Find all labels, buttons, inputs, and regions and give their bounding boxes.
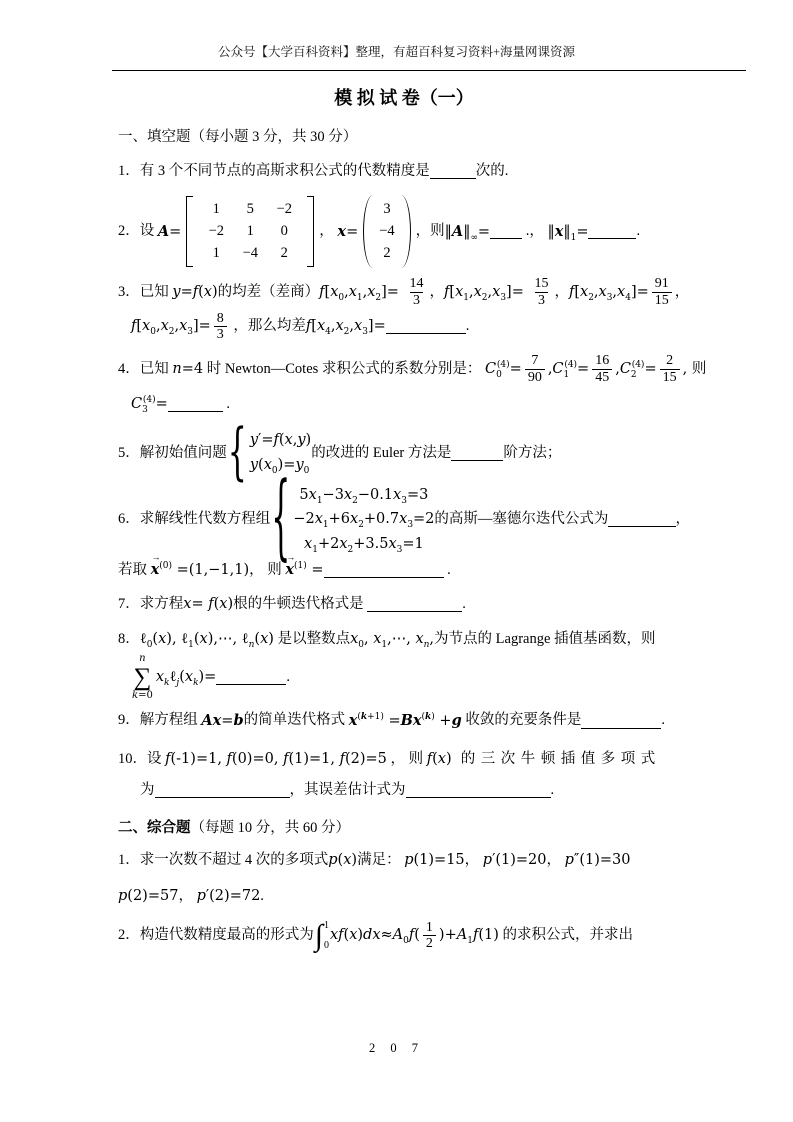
blank-line xyxy=(155,783,290,798)
c2-end: 的求积公式，并求出 xyxy=(499,926,633,946)
q2-math-x: x= xyxy=(337,222,358,243)
system-row: y′=f(x,y) xyxy=(250,431,311,451)
question-8-line-2: n ∑ k=0 xkℓj(xk)= . xyxy=(118,654,690,701)
system-rows: 5x1−3x2−0.1x3=3 −2x1+6x2+0.7x3=2 x1+2x2+… xyxy=(293,486,434,555)
q3-text: 3．已知 xyxy=(118,283,172,303)
q2-norm-x: ‖x‖1= xyxy=(547,222,588,243)
c2-text: 2．构造代数精度最高的形式为 xyxy=(118,926,314,946)
q10-text-4: 为 xyxy=(140,781,155,801)
integral-limits: 1 0 xyxy=(324,919,329,952)
fraction: 215 xyxy=(660,353,680,385)
blank-line xyxy=(386,320,466,335)
q9-text-3: 收敛的充要条件是 xyxy=(462,711,582,731)
matrix-cell: −2 xyxy=(267,200,301,219)
q4-math-n4: n=4 xyxy=(172,360,203,380)
q6-x0-value: (0) =(1,−1,1) xyxy=(159,561,249,581)
vector-cell: 2 xyxy=(379,244,394,263)
q8-sum-expr: xkℓj(xk)= xyxy=(156,668,217,688)
q3-divdiff-3: f[x2,x3,x4]= xyxy=(569,283,649,303)
q2-end: . xyxy=(636,222,640,242)
question-4-line-2: C3(4)= . xyxy=(118,389,690,419)
q1-text-2: 次的. xyxy=(476,162,509,182)
vector-x0: →x xyxy=(151,560,160,581)
question-2: 2．设 A= 15−2 −210 1−42 ， x= 3 −4 2 xyxy=(118,195,690,268)
system-brace: { xyxy=(228,423,247,485)
c1-end: . xyxy=(260,887,264,907)
blank-line xyxy=(490,225,522,240)
q9-iteration-eq: x(k+1) =Bx(k) +g xyxy=(349,711,462,732)
fraction: 790 xyxy=(525,353,545,385)
q10-text: 10．设 xyxy=(118,750,165,770)
q3-sep-3: ， xyxy=(675,283,690,303)
c2-integrand: xf(x)dx≈A0f( xyxy=(330,926,420,946)
q1-text: 1．有 3 个不同节点的高斯求积公式的代数精度是 xyxy=(118,162,430,182)
matrix-left-bracket xyxy=(186,196,193,267)
s2-question-1-line-1: 1．求一次数不超过 4 次的多项式p(x)满足： p(1)=15， p′(1)=… xyxy=(118,851,690,871)
sigma: ∑ xyxy=(133,665,151,690)
q7-end: . xyxy=(462,595,466,615)
integral-upper: 1 xyxy=(324,919,329,933)
q3-text-3: ，那么均差 xyxy=(230,317,306,337)
matrix-cell: −2 xyxy=(199,222,233,241)
header-rule xyxy=(112,70,746,71)
matrix-cell: 2 xyxy=(267,244,301,263)
integral-lower: 0 xyxy=(324,939,329,953)
q4-end: . xyxy=(223,395,230,415)
c2-quad-terms: )+A1f(1) xyxy=(439,926,499,946)
q8-basis-functions: ℓ0(x), ℓ1(x),⋯, ℓn(x) xyxy=(140,630,274,650)
q9-system-eq: Ax=b xyxy=(201,711,243,732)
q5-text-2: 的改进的 Euler 方法是 xyxy=(311,444,451,464)
q10-text-2: ， 则 xyxy=(387,750,427,770)
q2-text-2: ，则 xyxy=(416,222,445,242)
integral-symbol: ∫ 1 0 xyxy=(315,919,329,952)
q6-text-3: 若取 xyxy=(118,561,151,581)
q6-x1-eq: (1) = xyxy=(294,561,324,581)
q7-text-2: 根的牛顿迭代格式是 xyxy=(233,595,367,615)
exam-page: 公众号【大学百科资料】整理，有超百科复习资料+海量网课资源 模 拟 试 卷（一）… xyxy=(0,0,793,1122)
blank-line xyxy=(324,563,444,578)
question-9: 9．解方程组 Ax=b的简单迭代格式 x(k+1) =Bx(k) +g 收敛的充… xyxy=(118,711,690,732)
vector-x1: →x xyxy=(285,560,294,581)
section-2-note: （每题 10 分，共 60 分） xyxy=(191,819,351,839)
doc-title: 模 拟 试 卷（一） xyxy=(118,86,690,110)
vector-right-paren xyxy=(401,195,411,268)
fraction: 9115 xyxy=(652,276,672,308)
c1-px: p(x) xyxy=(328,851,357,871)
c1-text-2: 满足： xyxy=(357,851,404,871)
blank-line xyxy=(367,597,462,612)
q6-comma: ， xyxy=(676,510,691,530)
q2-comma: ， xyxy=(319,222,337,242)
q4-text-2: 时 Newton—Cotes 求积公式的系数分别是： xyxy=(203,360,485,380)
section-2-heading: 二、综合题（每题 10 分，共 60 分） xyxy=(118,819,690,839)
vector-arrow: → xyxy=(286,553,295,562)
q6-end: . xyxy=(444,561,451,581)
sum-upper-limit: n xyxy=(139,654,145,664)
fraction: 12 xyxy=(423,920,436,952)
fraction: 143 xyxy=(407,276,427,308)
question-3-line-2: f[x0,x2,x3]= 83 ，那么均差f[x4,x2,x3]= . xyxy=(118,311,690,343)
q2-text: 2．设 xyxy=(118,222,158,242)
question-4-line-1: 4．已知 n=4 时 Newton—Cotes 求积公式的系数分别是： C0(4… xyxy=(118,353,690,385)
q4-coef-2: C2(4)= xyxy=(620,360,657,380)
question-10-line-2: 为 ，其误差估计式为 . xyxy=(118,781,690,801)
q9-end: . xyxy=(661,711,665,731)
c1-cond-1: p(1)=15 xyxy=(404,851,464,871)
q6-text-2: 的高斯—塞德尔迭代公式为 xyxy=(434,510,608,530)
matrix-A: 15−2 −210 1−42 xyxy=(186,196,314,267)
question-7: 7．求方程x= f(x)根的牛顿迭代格式是 . xyxy=(118,595,690,615)
c1-cond-5: p′(2)=72 xyxy=(197,887,261,907)
q3-sep-2: ， xyxy=(554,283,569,303)
integral-glyph: ∫ xyxy=(315,922,323,951)
vector-x: 3 −4 2 xyxy=(363,195,410,268)
c1-cond-4: p(2)=57 xyxy=(118,887,178,907)
blank-line xyxy=(608,513,675,528)
system-row: −2x1+6x2+0.7x3=2 xyxy=(293,510,434,530)
system-row: 5x1−3x2−0.1x3=3 xyxy=(299,486,428,506)
sum-lower-limit: k=0 xyxy=(132,691,153,701)
blank-line xyxy=(451,446,503,461)
q2-math-A: A= xyxy=(158,222,181,243)
q3-divdiff-4: f[x0,x2,x3]= xyxy=(131,317,211,337)
page-header-text: 公众号【大学百科资料】整理，有超百科复习资料+海量网课资源 xyxy=(0,44,793,61)
q8-number: 8． xyxy=(118,630,140,650)
blank-line xyxy=(406,783,551,798)
q4-text-3: 则 xyxy=(692,360,707,380)
q8-text-2: 为节点的 Lagrange 插值基函数，则 xyxy=(434,630,656,650)
system-row: x1+2x2+3.5x3=1 xyxy=(304,535,424,555)
matrix-cell: 5 xyxy=(233,200,267,219)
q4-text: 4．已知 xyxy=(118,360,172,380)
c1-cond-2: p′(1)=20 xyxy=(483,851,547,871)
matrix-cell: 1 xyxy=(233,222,267,241)
question-8-line-1: 8．ℓ0(x), ℓ1(x),⋯, ℓn(x) 是以整数点x0, x1,⋯, x… xyxy=(118,630,690,650)
q3-divdiff-5: f[x4,x2,x3]= xyxy=(306,317,386,337)
s2-question-2: 2．构造代数精度最高的形式为 ∫ 1 0 xf(x)dx≈A0f( 12 )+A… xyxy=(118,919,690,952)
c1-text: 1．求一次数不超过 4 次的多项式 xyxy=(118,851,328,871)
s2-question-1-line-2: p(2)=57， p′(2)=72. xyxy=(118,887,690,907)
summation-symbol: n ∑ k=0 xyxy=(132,654,153,701)
q6-text: 6．求解线性代数方程组 xyxy=(118,510,270,530)
q3-divdiff-1: f[x0,x1,x2]= xyxy=(319,283,403,303)
linear-system: { 5x1−3x2−0.1x3=3 −2x1+6x2+0.7x3=2 x1+2x… xyxy=(270,486,434,555)
fraction: 1645 xyxy=(592,353,612,385)
vector-arrow: → xyxy=(152,553,161,562)
q3-math-yfx: y=f(x) xyxy=(172,283,217,303)
q3-end: . xyxy=(466,317,470,337)
blank-line xyxy=(168,397,223,412)
vector-values: 3 −4 2 xyxy=(373,195,400,268)
section-2-label: 二、综合题 xyxy=(118,819,191,839)
q4-sep-3: , xyxy=(683,360,692,380)
fraction: 153 xyxy=(531,276,551,308)
q3-divdiff-2: f[x1,x2,x3]= xyxy=(444,283,528,303)
question-6-line-1: 6．求解线性代数方程组 { 5x1−3x2−0.1x3=3 −2x1+6x2+0… xyxy=(118,486,690,555)
question-6-line-2: 若取 →x(0) =(1,−1,1) ， 则 →x(1) = . xyxy=(118,560,690,581)
question-3-line-1: 3．已知 y=f(x)的均差（差商） f[x0,x1,x2]= 143 ， f[… xyxy=(118,276,690,308)
q2-sep: .， xyxy=(522,222,547,242)
fraction: 83 xyxy=(214,311,227,343)
matrix-cell: 0 xyxy=(267,222,301,241)
blank-line xyxy=(216,670,286,685)
section-1-heading: 一、填空题（每小题 3 分，共 30 分） xyxy=(118,128,690,148)
q4-coef-1: C1(4)= xyxy=(552,360,589,380)
q3-sep-1: ， xyxy=(430,283,445,303)
q8-text: 是以整数点 xyxy=(274,630,350,650)
vector-cell: −4 xyxy=(379,222,394,241)
c1-cond-3: p″(1)=30 xyxy=(565,851,631,871)
q7-text: 7．求方程 xyxy=(118,595,183,615)
exam-content: 模 拟 试 卷（一） 一、填空题（每小题 3 分，共 30 分） 1．有 3 个… xyxy=(118,86,690,952)
q9-text-2: 的简单迭代格式 xyxy=(244,711,349,731)
question-5: 5．解初始值问题 { y′=f(x,y) y(x0)=y0 的改进的 Euler… xyxy=(118,431,690,475)
q5-text: 5．解初始值问题 xyxy=(118,444,227,464)
q3-text-2: 的均差（差商） xyxy=(218,283,320,303)
matrix-cell: 1 xyxy=(199,244,233,263)
q9-text: 9．解方程组 xyxy=(118,711,201,731)
vector-cell: 3 xyxy=(379,200,394,219)
q7-equation: x= f(x) xyxy=(183,595,233,615)
q8-nodes: x0, x1,⋯, xn, xyxy=(350,630,434,650)
q5-text-3: 阶方法； xyxy=(503,444,561,464)
question-1: 1．有 3 个不同节点的高斯求积公式的代数精度是次的. xyxy=(118,162,690,182)
matrix-cell: −4 xyxy=(233,244,267,263)
matrix-cells: 15−2 −210 1−42 xyxy=(197,196,303,267)
blank-line xyxy=(588,225,636,240)
q10-text-3: 的三次牛顿插值多项式 xyxy=(452,750,661,770)
q2-norm-A: ‖A‖∞= xyxy=(445,222,490,243)
q4-coef-0: C0(4)= xyxy=(485,360,522,380)
q8-end: . xyxy=(286,668,290,688)
page-number: 2 0 7 xyxy=(0,1040,793,1057)
matrix-cell: 1 xyxy=(199,200,233,219)
q10-text-5: ，其误差估计式为 xyxy=(290,781,406,801)
q10-fx: f(x) xyxy=(427,750,452,770)
vector-left-paren xyxy=(363,195,373,268)
q10-end: . xyxy=(551,781,555,801)
blank-line xyxy=(581,714,661,729)
q4-coef-3: C3(4)= xyxy=(131,395,168,415)
matrix-right-bracket xyxy=(307,196,314,267)
q10-values: f(-1)=1, f(0)=0, f(1)=1, f(2)=5 xyxy=(165,750,387,770)
question-10-line-1: 10．设 f(-1)=1, f(0)=0, f(1)=1, f(2)=5 ， 则… xyxy=(118,750,690,770)
section-1-label: 一、填空题 xyxy=(118,128,191,148)
blank-line xyxy=(430,164,476,179)
ivp-system: { y′=f(x,y) y(x0)=y0 xyxy=(227,431,311,475)
section-1-note: （每小题 3 分，共 30 分） xyxy=(191,128,358,148)
